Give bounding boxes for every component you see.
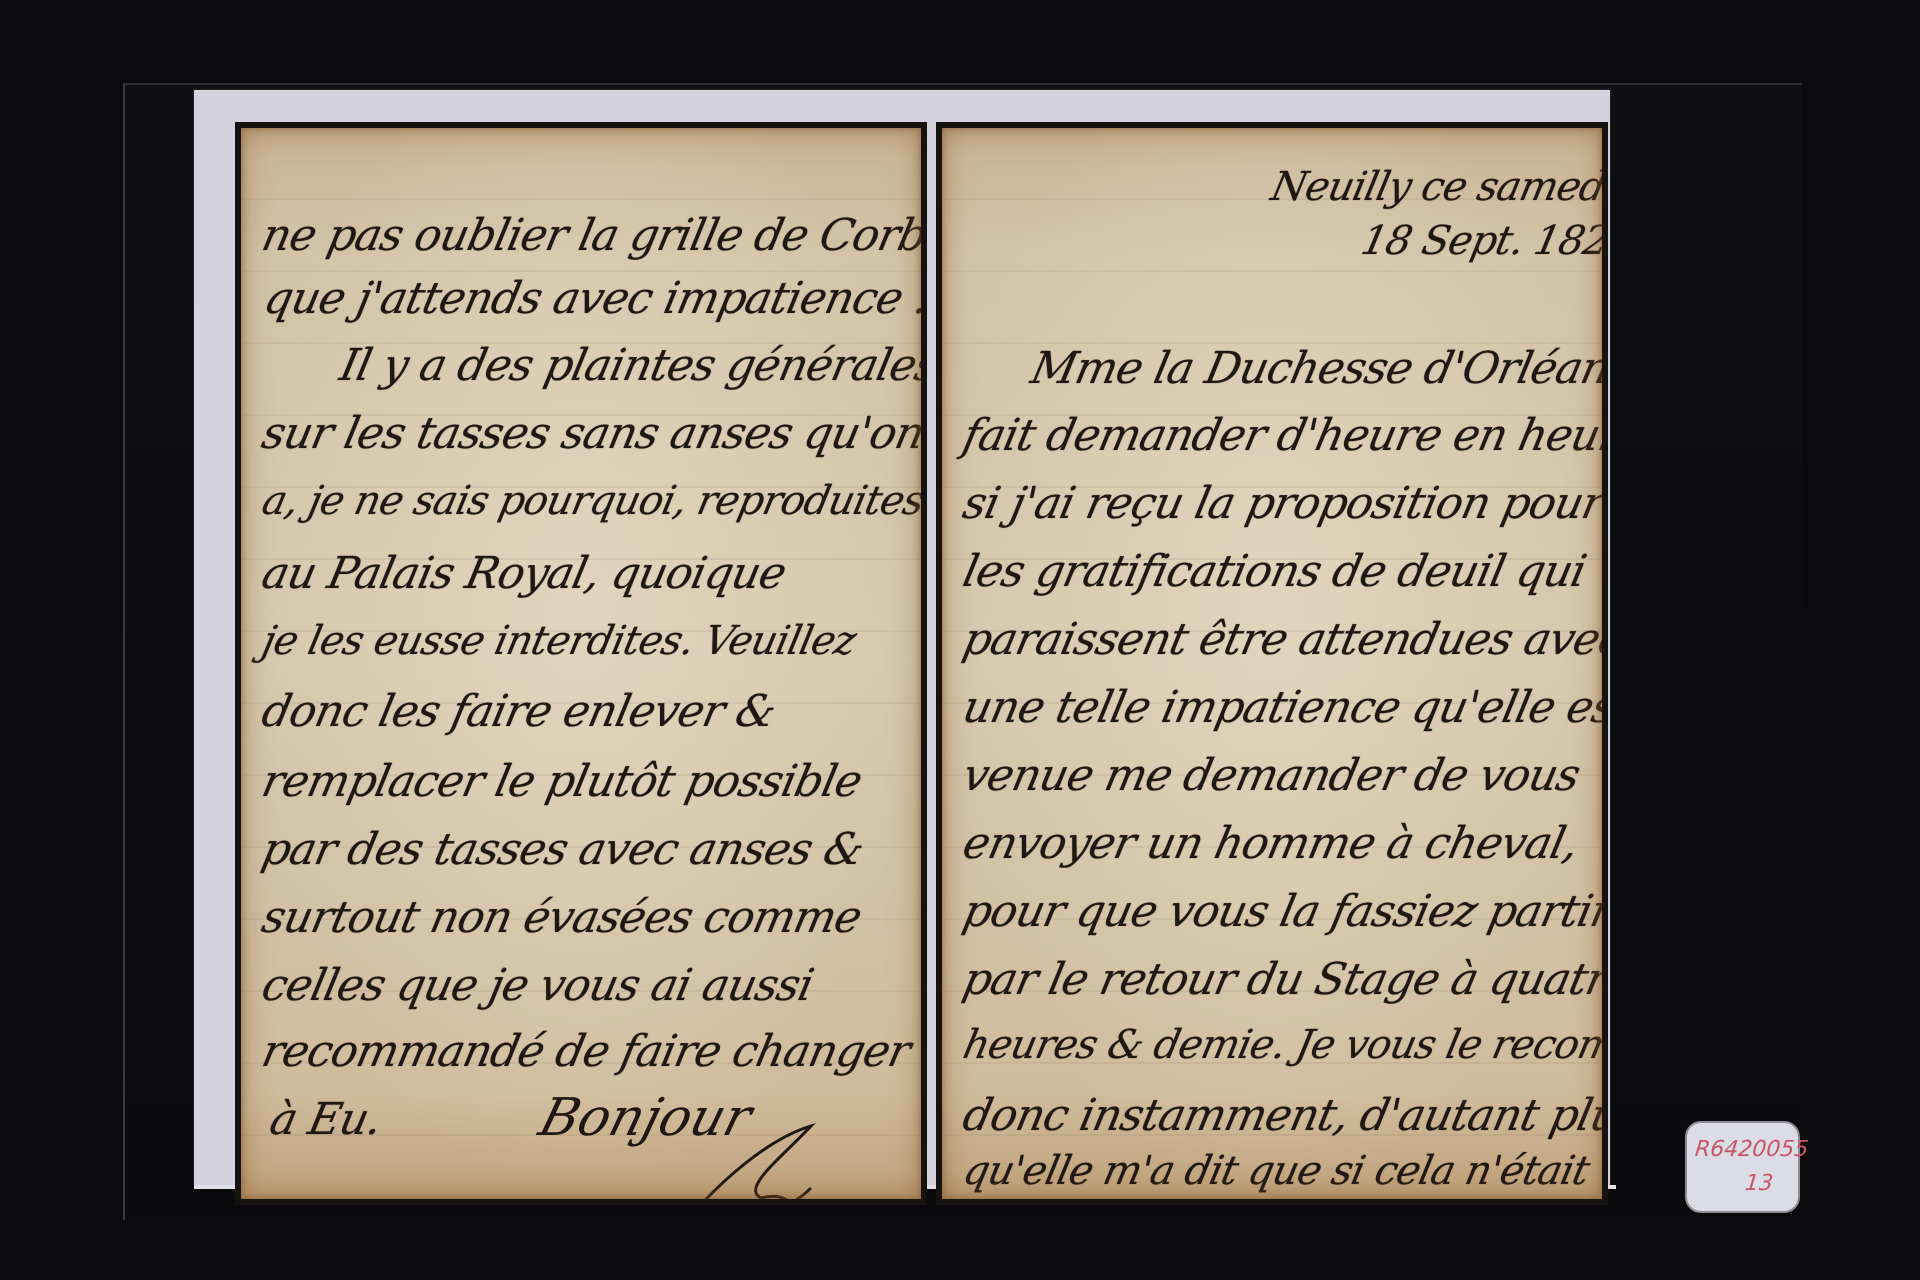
letter-place-heading: Neuilly ce samedi — [1267, 164, 1608, 210]
signature-flourish-icon — [661, 1118, 841, 1205]
handwritten-line: qu'elle m'a dit que si cela n'était — [959, 1148, 1593, 1194]
handwritten-line: sur les tasses sans anses qu'on — [258, 408, 927, 459]
handwritten-line: ne pas oublier la grille de Corbeil — [258, 210, 927, 261]
handwritten-line: à Eu. — [266, 1094, 387, 1145]
handwritten-line: a, je ne sais pourquoi, reproduites — [258, 478, 927, 524]
letter-date: 18 Sept. 1824. — [1357, 218, 1608, 264]
catalog-sheet-number: 13 — [1744, 1171, 1775, 1196]
handwritten-line: une telle impatience qu'elle est — [959, 682, 1608, 733]
handwritten-line: donc instamment, d'autant plus — [959, 1090, 1608, 1141]
handwritten-line: au Palais Royal, quoique — [258, 548, 791, 599]
handwritten-line: si j'ai reçu la proposition pour — [959, 478, 1608, 529]
handwritten-line: surtout non évasées comme — [258, 892, 866, 943]
handwritten-line: par le retour du Stage à quatre — [959, 954, 1608, 1005]
handwritten-line: recommandé de faire changer — [258, 1026, 915, 1077]
left-page-text: ne pas oublier la grille de Corbeil que … — [241, 128, 921, 1199]
handwritten-line: Il y a des plaintes générales — [336, 340, 927, 391]
handwritten-line: Mme la Duchesse d'Orléans me — [1027, 343, 1608, 394]
handwritten-line: venue me demander de vous — [959, 750, 1584, 801]
handwritten-line: je les eusse interdites. Veuillez — [258, 618, 859, 664]
handwritten-line: celles que je vous ai aussi — [258, 960, 818, 1011]
letter-page-left: ne pas oublier la grille de Corbeil que … — [235, 122, 927, 1205]
letter-page-right: Neuilly ce samedi 18 Sept. 1824. Mme la … — [936, 122, 1608, 1205]
handwritten-line: que j'attends avec impatience . — [260, 273, 927, 324]
handwritten-line: par des tasses avec anses & — [258, 824, 868, 875]
handwritten-line: les gratifications de deuil qui — [959, 546, 1591, 597]
right-page-text: Neuilly ce samedi 18 Sept. 1824. Mme la … — [942, 128, 1602, 1199]
catalog-label: R6420055 13 — [1685, 1121, 1800, 1213]
handwritten-line: envoyer un homme à cheval, — [959, 818, 1583, 869]
handwritten-line: pour que vous la fassiez partir — [959, 886, 1608, 937]
catalog-number: R6420055 — [1694, 1137, 1810, 1162]
handwritten-line: fait demander d'heure en heure, — [959, 410, 1608, 461]
handwritten-line: remplacer le plutôt possible — [258, 756, 866, 807]
handwritten-line: paraissent être attendues avec — [959, 614, 1608, 665]
handwritten-line: donc les faire enlever & — [258, 686, 780, 737]
handwritten-line: heures & demie. Je vous le recommande — [959, 1022, 1608, 1068]
